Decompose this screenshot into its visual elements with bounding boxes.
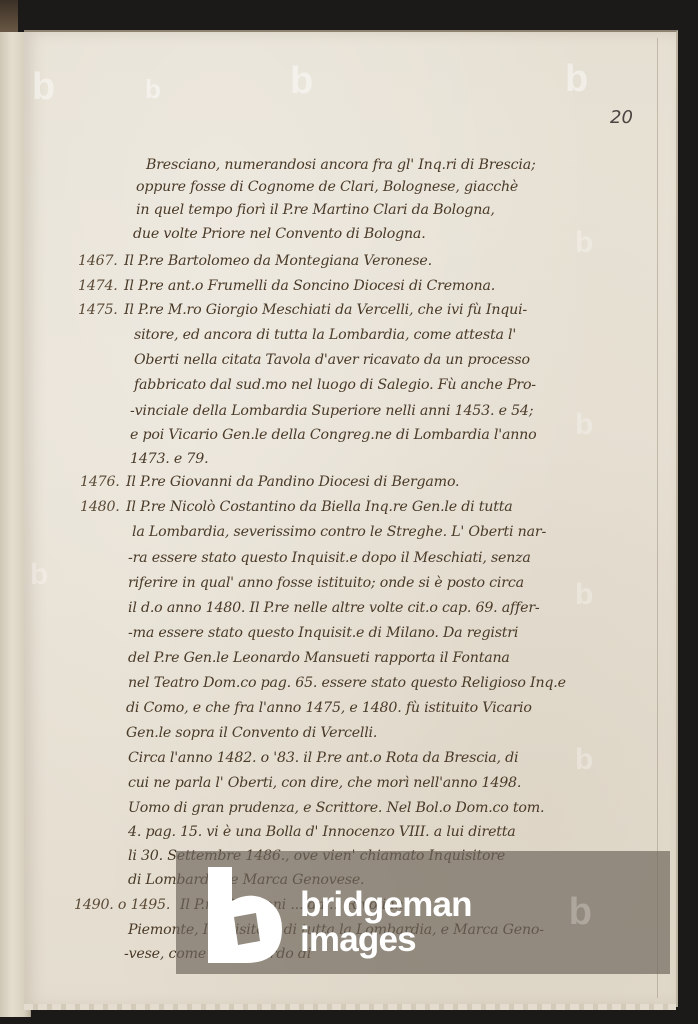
text-line: 1473. e 79. bbox=[130, 451, 208, 467]
text-line: -vinciale della Lombardia Superiore nell… bbox=[130, 403, 533, 419]
text-line: in quel tempo fiorì il P.re Martino Clar… bbox=[136, 202, 495, 218]
entry-year: 1480. bbox=[80, 499, 120, 515]
watermark-text: bridgeman images bbox=[300, 887, 472, 957]
text-line: Il P.re Giovanni da Pandino Diocesi di B… bbox=[126, 474, 459, 490]
text-line: nel Teatro Dom.co pag. 65. essere stato … bbox=[128, 675, 566, 691]
watermark-ghost-b-icon: b bbox=[575, 745, 593, 775]
text-line: Circa l'anno 1482. o '83. il P.re ant.o … bbox=[128, 750, 518, 766]
entry-year: 1474. bbox=[78, 278, 118, 294]
watermark-ghost-b-icon: b bbox=[290, 62, 313, 100]
watermark-line-bridgeman: bridgeman bbox=[300, 887, 472, 922]
text-line: Il P.re ant.o Frumelli da Soncino Dioces… bbox=[124, 278, 495, 294]
text-line: oppure fosse di Cognome de Clari, Bologn… bbox=[136, 179, 518, 195]
text-line: Gen.le sopra il Convento di Vercelli. bbox=[126, 725, 377, 741]
text-line: riferire in qual' anno fosse istituito; … bbox=[128, 575, 524, 591]
text-line: Uomo di gran prudenza, e Scrittore. Nel … bbox=[128, 800, 544, 816]
text-line: il d.o anno 1480. Il P.re nelle altre vo… bbox=[128, 600, 540, 616]
entry-year: 1476. bbox=[80, 474, 120, 490]
folio-number: 20 bbox=[610, 107, 633, 128]
text-line: cui ne parla l' Oberti, con dire, che mo… bbox=[128, 775, 521, 791]
entry-year: 1490. o 1495. bbox=[74, 897, 170, 913]
entry-year: 1475. bbox=[78, 302, 118, 318]
watermark-ghost-b-icon: b bbox=[575, 228, 593, 258]
text-line: 4. pag. 15. vi è una Bolla d' Innocenzo … bbox=[128, 824, 516, 840]
text-line: fabbricato dal sud.mo nel luogo di Saleg… bbox=[134, 377, 536, 393]
watermark-ghost-b-icon: b bbox=[575, 410, 593, 440]
text-line: due volte Priore nel Convento di Bologna… bbox=[133, 226, 426, 242]
watermark-ghost-b-icon: b bbox=[30, 560, 48, 590]
text-line: Bresciano, numerandosi ancora fra gl' In… bbox=[146, 157, 536, 173]
watermark-line-images: images bbox=[300, 922, 472, 957]
bridgeman-logo-icon bbox=[206, 867, 282, 963]
entry-year: 1467. bbox=[78, 253, 118, 269]
watermark-ghost-b-icon: b bbox=[565, 60, 588, 98]
text-line: la Lombardia, severissimo contro le Stre… bbox=[132, 524, 546, 540]
text-line: e poi Vicario Gen.le della Congreg.ne di… bbox=[130, 427, 536, 443]
watermark-ghost-b-icon: b bbox=[575, 580, 593, 610]
text-line: Il P.re M.ro Giorgio Meschiati da Vercel… bbox=[124, 302, 527, 318]
text-line: sitore, ed ancora di tutta la Lombardia,… bbox=[134, 327, 516, 343]
text-line: -ra essere stato questo Inquisit.e dopo … bbox=[128, 550, 531, 566]
text-line: del P.re Gen.le Leonardo Mansueti rappor… bbox=[128, 650, 510, 666]
watermark-ghost-b-icon: b bbox=[32, 68, 55, 106]
text-line: Il P.re Bartolomeo da Montegiana Verones… bbox=[124, 253, 432, 269]
text-line: Il P.re Nicolò Costantino da Biella Inq.… bbox=[126, 499, 512, 515]
text-line: di Como, e che fra l'anno 1475, e 1480. … bbox=[126, 700, 532, 716]
text-line: Oberti nella citata Tavola d'aver ricava… bbox=[134, 352, 530, 368]
binding-edge-top bbox=[0, 0, 18, 34]
watermark-ghost-b-icon: b bbox=[569, 891, 592, 934]
text-line: -ma essere stato questo Inquisit.e di Mi… bbox=[128, 625, 518, 641]
bridgeman-watermark: bridgeman images b bbox=[176, 851, 670, 974]
watermark-ghost-b-icon: b bbox=[145, 76, 161, 102]
